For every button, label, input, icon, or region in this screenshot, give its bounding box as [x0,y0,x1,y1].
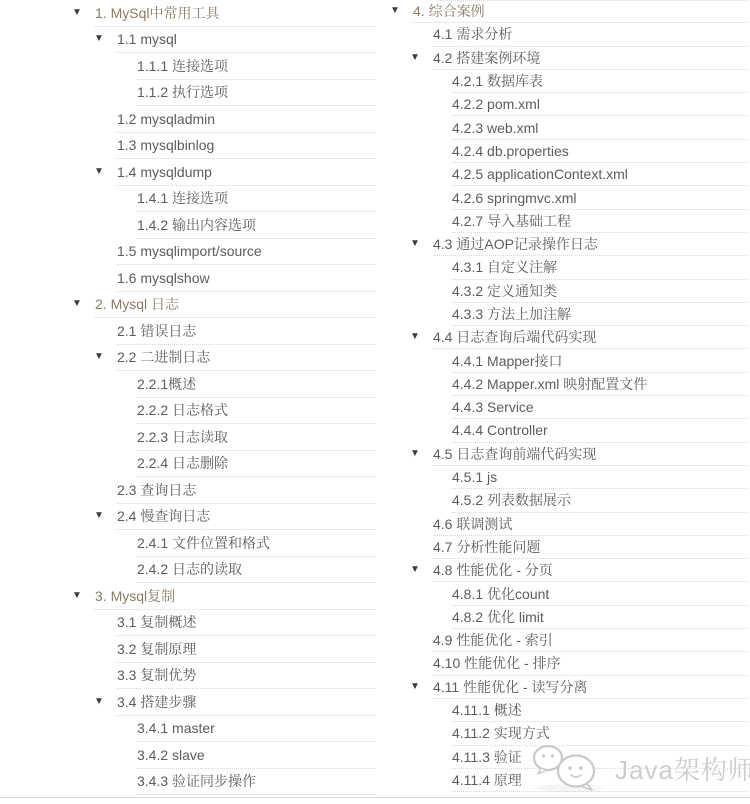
toc-item-label: 4.1 需求分析 [433,24,512,44]
toc-item[interactable]: ▼2.4 慢查询日志 [117,504,375,531]
toc-item[interactable]: 4.2.3 web.xml [452,116,748,139]
toc-item[interactable]: 2.2.3 日志读取 [137,424,375,451]
toc-item-label: 4.8.1 优化count [452,584,549,604]
toc-item-label: 4.2 搭建案例环境 [433,48,540,68]
collapse-arrow-icon[interactable]: ▼ [94,167,104,177]
toc-item-label: 1.4.1 连接选项 [137,188,228,208]
collapse-arrow-icon[interactable]: ▼ [72,299,82,309]
toc-item-label: 4.8.2 优化 limit [452,607,544,627]
toc-item-label: 4.4.2 Mapper.xml 映射配置文件 [452,374,647,394]
toc-item-label: 4.3.1 自定义注解 [452,257,557,277]
toc-item-label: 4.3 通过AOP记录操作日志 [433,234,598,254]
toc-item-label: 4.2.3 web.xml [452,120,538,136]
toc-item-label: 4.5.1 js [452,469,497,485]
toc-item[interactable]: 4.2.2 pom.xml [452,93,748,116]
toc-item[interactable]: 4.4.3 Service [452,396,748,419]
toc-item-label: 4.2.6 springmvc.xml [452,190,576,206]
toc-item[interactable]: 4.10 性能优化 - 排序 [433,652,748,675]
toc-item[interactable]: 4.6 联调测试 [433,513,748,536]
toc-item-label: 4. 综合案例 [413,1,485,21]
toc-item[interactable]: 4.8.1 优化count [452,582,748,605]
toc-item[interactable]: 4.4.1 Mapper接口 [452,349,748,372]
toc-item[interactable]: 4.2.7 导入基础工程 [452,210,748,233]
toc-item-label: 4.5 日志查询前端代码实现 [433,444,596,464]
toc-item[interactable]: 1.4.2 输出内容选项 [137,212,375,239]
toc-item[interactable]: ▼2. Mysql 日志 [95,292,375,319]
toc-item-label: 4.2.5 applicationContext.xml [452,166,628,182]
collapse-arrow-icon[interactable]: ▼ [94,352,104,362]
outline-page: ▼1. MySql中常用工具▼1.1 mysql1.1.1 连接选项1.1.2 … [0,0,750,804]
toc-item[interactable]: ▼4.5 日志查询前端代码实现 [433,443,748,466]
toc-item-label: 1.2 mysqladmin [117,111,215,127]
toc-item[interactable]: 1.1.2 执行选项 [137,80,375,107]
collapse-arrow-icon[interactable]: ▼ [410,332,420,342]
toc-item[interactable]: 4.3.1 自定义注解 [452,256,748,279]
toc-item[interactable]: 4.11.3 验证 [452,746,748,769]
collapse-arrow-icon[interactable]: ▼ [94,697,104,707]
collapse-arrow-icon[interactable]: ▼ [410,449,420,459]
toc-item[interactable]: ▼4.8 性能优化 - 分页 [433,559,748,582]
toc-item-label: 4.7 分析性能问题 [433,537,540,557]
toc-item[interactable]: 1.3 mysqlbinlog [117,133,375,160]
toc-item[interactable]: 1.5 mysqlimport/source [117,239,375,266]
toc-item[interactable]: 4.4.2 Mapper.xml 映射配置文件 [452,373,748,396]
toc-item-label: 4.11.4 原理 [452,770,522,790]
toc-item[interactable]: ▼4.11 性能优化 - 读写分离 [433,676,748,699]
toc-item-label: 3.3 复制优势 [117,665,196,685]
toc-item-label: 4.5.2 列表数据展示 [452,490,571,510]
toc-item-label: 2.2.1概述 [137,374,196,394]
toc-item-label: 1.4 mysqldump [117,164,212,180]
toc-item-label: 3.4.1 master [137,720,215,736]
toc-item[interactable]: 4.11.2 实现方式 [452,722,748,745]
toc-item[interactable]: ▼3.4 搭建步骤 [117,689,375,716]
toc-item-label: 4.4.4 Controller [452,422,548,438]
toc-item-label: 1.3 mysqlbinlog [117,137,214,153]
toc-item[interactable]: ▼4.2 搭建案例环境 [433,47,748,70]
toc-item[interactable]: 1.6 mysqlshow [117,265,375,292]
toc-item-label: 1.1 mysql [117,31,177,47]
collapse-arrow-icon[interactable]: ▼ [410,682,420,692]
toc-item[interactable]: ▼2.2 二进制日志 [117,345,375,372]
toc-item[interactable]: 4.2.5 applicationContext.xml [452,163,748,186]
toc-item-label: 4.11.1 概述 [452,700,522,720]
toc-item[interactable]: ▼1.4 mysqldump [117,159,375,186]
toc-item-label: 2.4.2 日志的读取 [137,559,242,579]
toc-item[interactable]: 4.11.1 概述 [452,699,748,722]
toc-item[interactable]: 2.2.4 日志删除 [137,451,375,478]
toc-item-label: 2. Mysql 日志 [95,294,179,314]
toc-item[interactable]: 1.1.1 连接选项 [137,53,375,80]
toc-item-label: 3.4 搭建步骤 [117,692,196,712]
toc-item-label: 2.2.3 日志读取 [137,427,228,447]
toc-item[interactable]: 2.3 查询日志 [117,477,375,504]
toc-item[interactable]: 2.1 错误日志 [117,318,375,345]
toc-item-label: 4.8 性能优化 - 分页 [433,560,553,580]
collapse-arrow-icon[interactable]: ▼ [72,8,82,18]
toc-item-label: 4.9 性能优化 - 索引 [433,630,553,650]
collapse-arrow-icon[interactable]: ▼ [94,511,104,521]
toc-item[interactable]: 4.2.4 db.properties [452,140,748,163]
toc-item-label: 2.4.1 文件位置和格式 [137,533,270,553]
toc-item-label: 4.2.1 数据库表 [452,71,543,91]
collapse-arrow-icon[interactable]: ▼ [410,239,420,249]
toc-item-label: 4.10 性能优化 - 排序 [433,653,561,673]
collapse-arrow-icon[interactable]: ▼ [94,34,104,44]
toc-item-label: 2.2 二进制日志 [117,347,210,367]
toc-item[interactable]: ▼3. Mysql复制 [95,583,375,610]
toc-item[interactable]: 3.4.2 slave [137,742,375,769]
toc-column-right: ▼4. 综合案例4.1 需求分析▼4.2 搭建案例环境4.2.1 数据库表4.2… [395,0,748,792]
toc-item[interactable]: 4.1 需求分析 [433,23,748,46]
toc-item[interactable]: 4.5.2 列表数据展示 [452,489,748,512]
toc-item[interactable]: 3.4.1 master [137,716,375,743]
toc-item-label: 2.2.4 日志删除 [137,453,228,473]
toc-item-label: 4.6 联调测试 [433,514,512,534]
toc-item[interactable]: 1.2 mysqladmin [117,106,375,133]
toc-item-label: 3.1 复制概述 [117,612,196,632]
toc-item[interactable]: 4.8.2 优化 limit [452,606,748,629]
toc-item[interactable]: 2.2.2 日志格式 [137,398,375,425]
toc-item[interactable]: 4.2.1 数据库表 [452,70,748,93]
toc-item-label: 4.2.2 pom.xml [452,96,540,112]
toc-item[interactable]: ▼1.1 mysql [117,27,375,54]
toc-item-label: 1.1.1 连接选项 [137,56,228,76]
toc-item-label: 3.4.3 验证同步操作 [137,771,256,791]
toc-item[interactable]: 4.2.6 springmvc.xml [452,186,748,209]
toc-item[interactable]: 4.5.1 js [452,466,748,489]
toc-item[interactable]: ▼4. 综合案例 [413,0,748,23]
toc-item-label: 1.5 mysqlimport/source [117,243,262,259]
toc-item-label: 4.4.3 Service [452,399,534,415]
collapse-arrow-icon[interactable]: ▼ [390,6,400,16]
collapse-arrow-icon[interactable]: ▼ [72,591,82,601]
toc-item-label: 2.1 错误日志 [117,321,196,341]
toc-item[interactable]: 3.4.3 验证同步操作 [137,769,375,796]
toc-item-label: 3. Mysql复制 [95,586,175,606]
toc-item-label: 1. MySql中常用工具 [95,3,219,23]
toc-item[interactable]: ▼4.3 通过AOP记录操作日志 [433,233,748,256]
toc-column-left: ▼1. MySql中常用工具▼1.1 mysql1.1.1 连接选项1.1.2 … [70,0,375,795]
toc-item-label: 2.2.2 日志格式 [137,400,228,420]
toc-item-label: 1.4.2 输出内容选项 [137,215,256,235]
toc-item[interactable]: 4.3.2 定义通知类 [452,280,748,303]
toc-item-label: 3.2 复制原理 [117,639,196,659]
toc-item-label: 4.11.3 验证 [452,747,522,767]
toc-item-label: 2.4 慢查询日志 [117,506,210,526]
toc-item[interactable]: 2.2.1概述 [137,371,375,398]
toc-item[interactable]: 4.11.4 原理 [452,769,748,792]
toc-item-label: 4.3.2 定义通知类 [452,281,557,301]
toc-item[interactable]: 2.4.1 文件位置和格式 [137,530,375,557]
page-bottom-divider [0,797,750,798]
toc-item-label: 4.2.4 db.properties [452,143,569,159]
toc-item-label: 4.2.7 导入基础工程 [452,211,571,231]
toc-item-label: 4.4.1 Mapper接口 [452,351,563,371]
toc-item[interactable]: 2.4.2 日志的读取 [137,557,375,584]
toc-item[interactable]: 4.9 性能优化 - 索引 [433,629,748,652]
toc-item-label: 1.1.2 执行选项 [137,82,228,102]
toc-item[interactable]: ▼4.4 日志查询后端代码实现 [433,326,748,349]
toc-item[interactable]: 4.4.4 Controller [452,419,748,442]
toc-item-label: 4.4 日志查询后端代码实现 [433,327,596,347]
toc-item-label: 3.4.2 slave [137,747,205,763]
toc-item[interactable]: 4.3.3 方法上加注解 [452,303,748,326]
toc-item-label: 2.3 查询日志 [117,480,196,500]
toc-item[interactable]: 3.3 复制优势 [117,663,375,690]
toc-item[interactable]: 1.4.1 连接选项 [137,186,375,213]
toc-item[interactable]: ▼1. MySql中常用工具 [95,0,375,27]
toc-item-label: 4.3.3 方法上加注解 [452,304,571,324]
collapse-arrow-icon[interactable]: ▼ [410,53,420,63]
toc-item[interactable]: 3.1 复制概述 [117,610,375,637]
toc-item-label: 1.6 mysqlshow [117,270,210,286]
toc-item-label: 4.11.2 实现方式 [452,723,550,743]
toc-item-label: 4.11 性能优化 - 读写分离 [433,677,588,697]
toc-item[interactable]: 4.7 分析性能问题 [433,536,748,559]
collapse-arrow-icon[interactable]: ▼ [410,565,420,575]
toc-item[interactable]: 3.2 复制原理 [117,636,375,663]
